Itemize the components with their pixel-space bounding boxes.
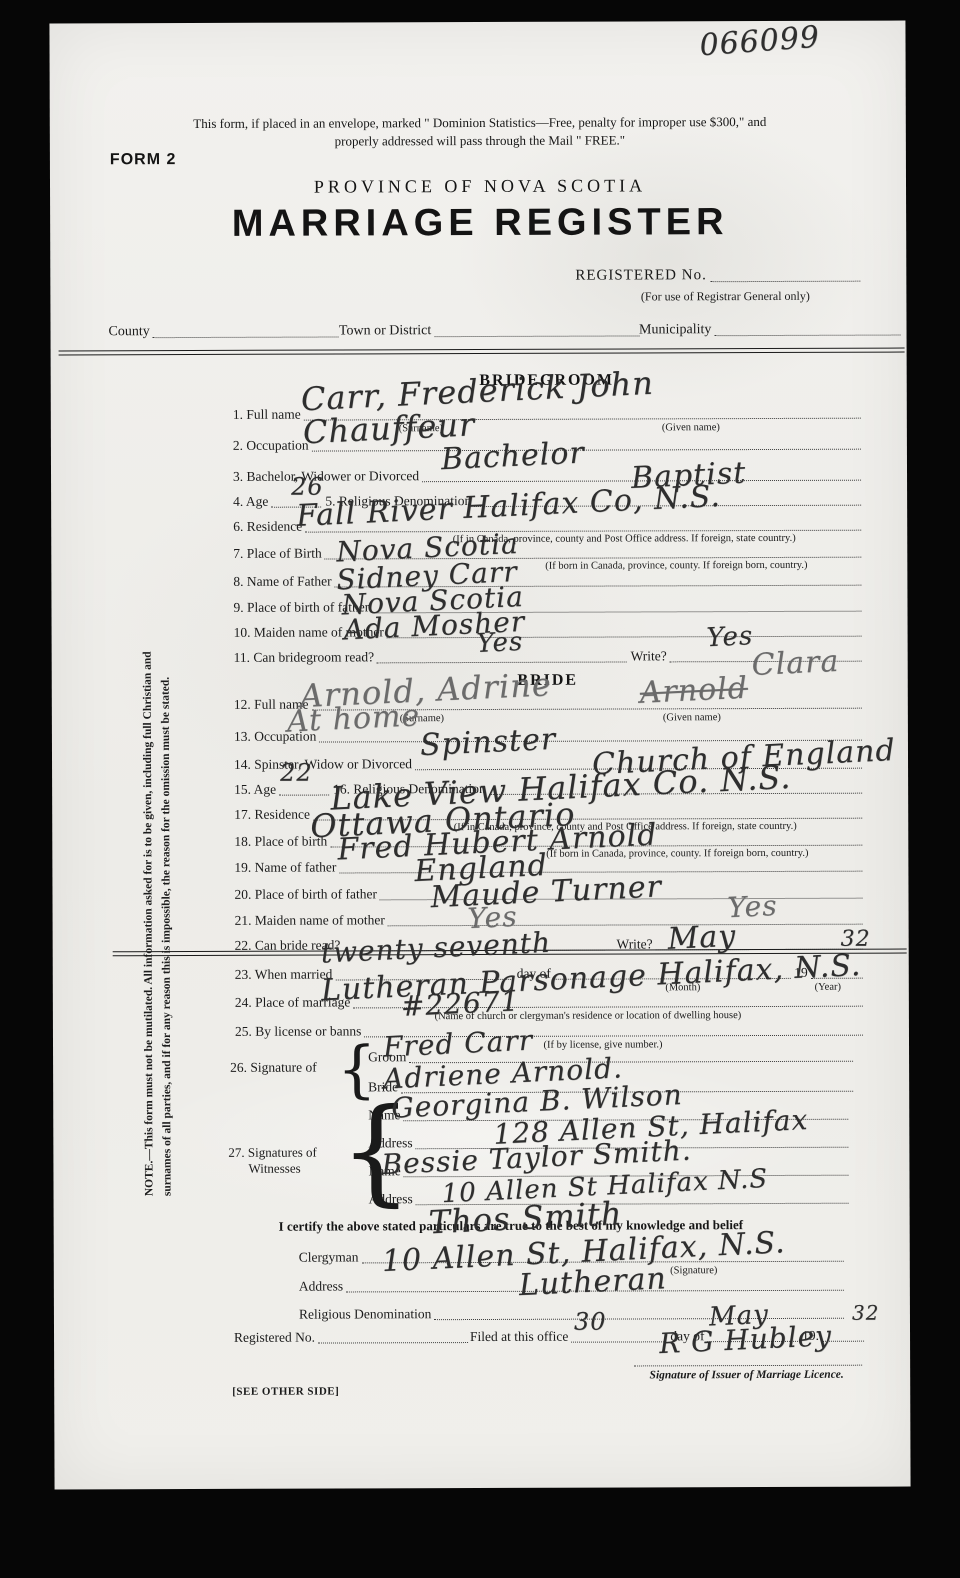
witnesses-label-line2: Witnesses — [248, 1161, 300, 1177]
vertical-note-line2: surnames of all parties, and if for any … — [157, 556, 177, 1196]
handwriting-bride-occupation: At home — [286, 701, 421, 737]
field-bridegroom-birthplace: 7. Place of Birth — [233, 543, 861, 562]
witnesses-label-line1: 27. Signatures of — [228, 1145, 317, 1161]
handwriting-bridegroom-age: 26 — [291, 475, 324, 499]
registered-no-label: REGISTERED No. — [575, 267, 707, 284]
handwriting-clergyman-denomination: Lutheran — [518, 1264, 667, 1301]
handwriting-bridegroom-can-read: Yes — [476, 629, 524, 657]
handwriting-bridegroom-status: Bachelor — [440, 439, 585, 476]
handwriting-bride-mother: Maude Turner — [430, 872, 663, 913]
handwriting-license-number: #22671 — [400, 987, 520, 1021]
form-label: FORM 2 — [110, 151, 177, 169]
page-title: MARRIAGE REGISTER — [130, 201, 830, 246]
field-bride-father: 19. Name of father — [234, 857, 862, 876]
handwriting-filed-day: 30 — [574, 1310, 607, 1334]
handwriting-marriage-month: May — [667, 922, 737, 955]
given-name-sub-label: (Given name) — [611, 422, 771, 434]
handwriting-bride-name-struck: Arnold — [639, 674, 748, 709]
handwriting-bridegroom-can-write: Yes — [706, 623, 754, 651]
vertical-note-line1: NOTE.—This form must not be mutilated. A… — [139, 556, 159, 1196]
handwriting-filed-year: 32 — [852, 1303, 880, 1323]
age-label: 15. Age — [234, 782, 276, 798]
handwriting-issuer-signature: R G Hubley — [658, 1322, 832, 1358]
registered-no-field: REGISTERED No. — [575, 267, 860, 285]
field-bridegroom-father: 8. Name of Father — [233, 571, 861, 590]
dotted-line — [434, 335, 639, 337]
town-or-district-label: Town or District — [339, 323, 431, 339]
double-rule-top — [59, 348, 905, 355]
envelope-note-line2: properly addressed will pass through the… — [130, 131, 830, 151]
vertical-note: NOTE.—This form must not be mutilated. A… — [139, 556, 187, 1196]
county-label: County — [108, 324, 149, 340]
issuer-sub-label: Signature of Issuer of Marriage Licence. — [629, 1369, 864, 1382]
handwriting-bride-age: 22 — [280, 761, 313, 785]
envelope-note: This form, if placed in an envelope, mar… — [130, 113, 830, 151]
field-bridegroom-mother: 10. Maiden name of mother — [234, 622, 862, 641]
field-license-or-banns: 25. By license or banns — [235, 1021, 863, 1040]
envelope-note-line1: This form, if placed in an envelope, mar… — [130, 113, 830, 133]
handwriting-clergyman-signature: Thos Smith — [428, 1197, 623, 1238]
handwriting-doc-number: 066099 — [699, 23, 821, 62]
field-bridegroom-father-birthplace: 9. Place of birth of father — [233, 597, 861, 616]
registered-no-sub: (For use of Registrar General only) — [590, 289, 860, 305]
write-label: Write? — [631, 648, 667, 664]
signature-of-label: 26. Signature of — [230, 1060, 317, 1076]
given-name-sub-label: (Given name) — [612, 712, 772, 724]
handwriting-marriage-day: twenty seventh — [320, 929, 552, 968]
dotted-line — [714, 335, 900, 337]
scanned-form-page: 066099 This form, if placed in an envelo… — [49, 21, 910, 1490]
handwriting-bride-name-inserted: Clara — [751, 647, 840, 681]
filed-label: Filed at this office — [470, 1329, 568, 1345]
province-title: PROVINCE OF NOVA SCOTIA — [130, 175, 830, 198]
municipality-label: Municipality — [639, 322, 711, 338]
dotted-line — [153, 336, 339, 338]
dotted-line — [710, 281, 861, 283]
age-label: 4. Age — [233, 494, 268, 510]
field-label: 1. Full name — [233, 407, 301, 423]
see-other-side: [SEE OTHER SIDE] — [232, 1385, 339, 1397]
handwriting-bride-status: Spinster — [419, 725, 556, 761]
location-fields: County Town or District Municipality — [108, 321, 900, 341]
